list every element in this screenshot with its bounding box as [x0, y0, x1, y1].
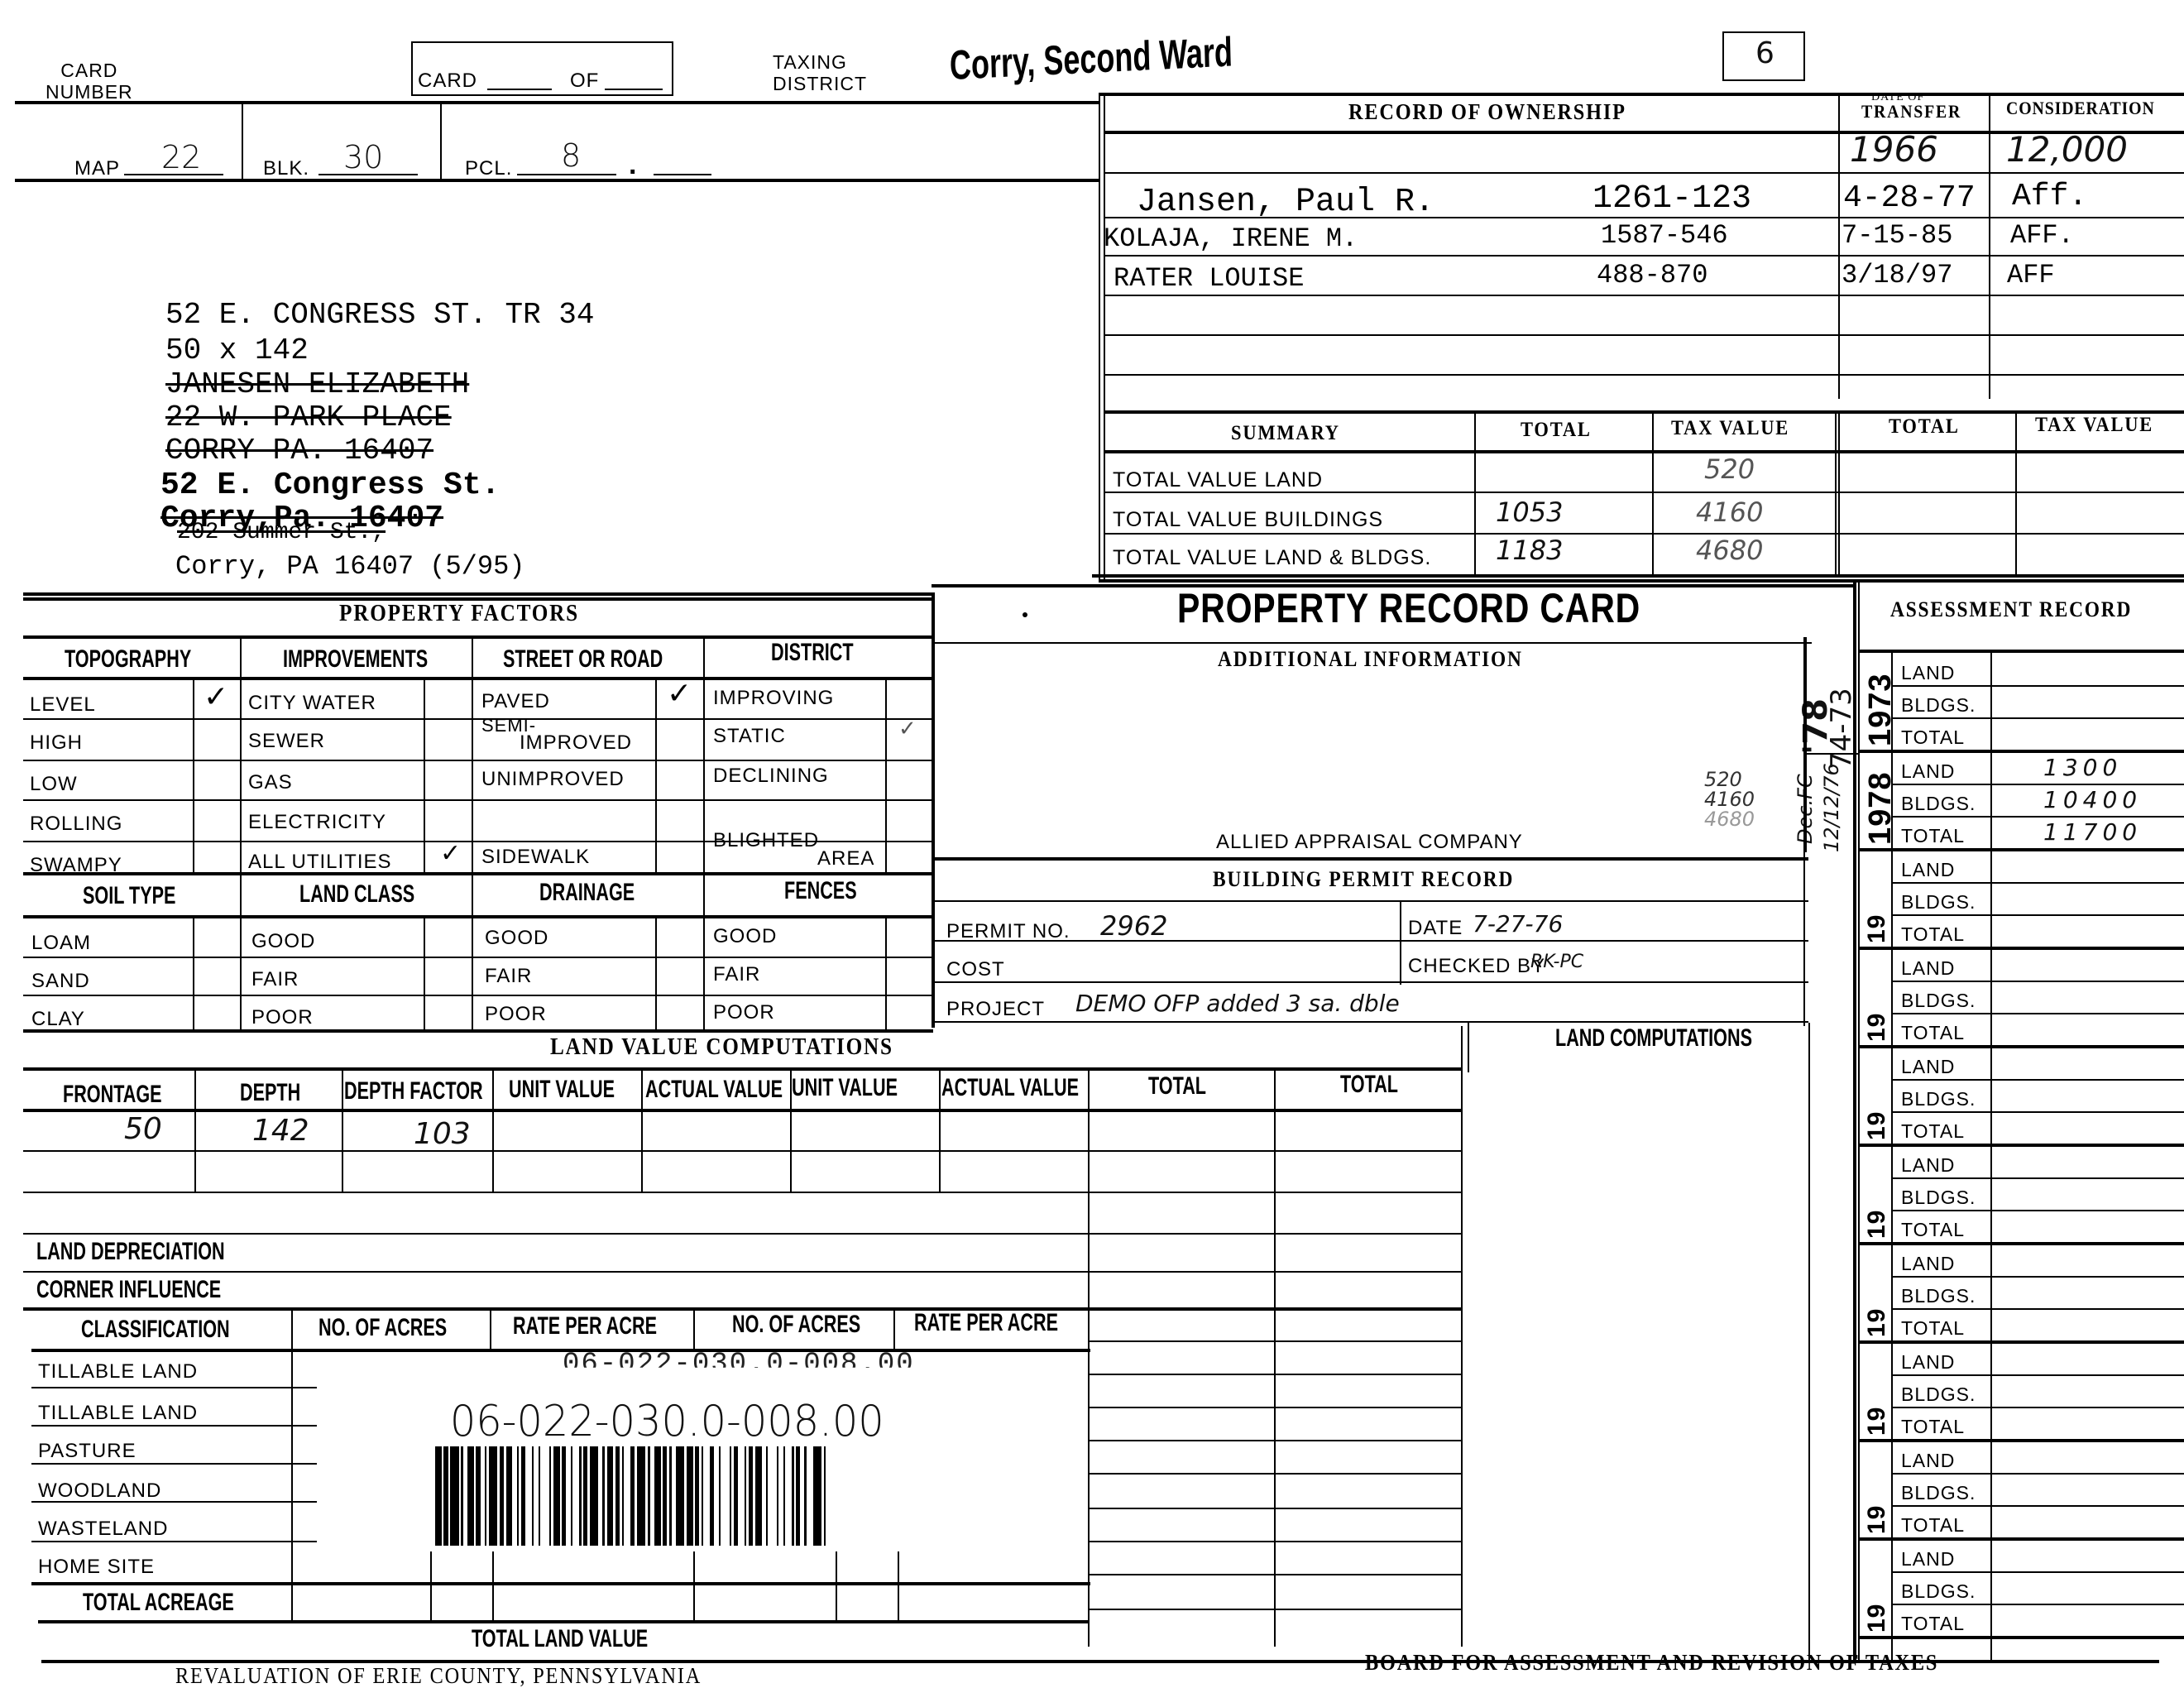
barcode-icon — [435, 1446, 1089, 1546]
permit-no-value[interactable]: 2962 — [1100, 910, 1167, 942]
assessment-land-label: LAND — [1901, 1351, 1955, 1374]
assessment-title: ASSESSMENT RECORD — [1890, 597, 2132, 622]
divider — [31, 1387, 317, 1388]
divider — [1803, 753, 1858, 755]
district-blighted-area: BLIGHTED — [713, 829, 819, 852]
divider — [1088, 1067, 1090, 1647]
barcode-gap — [572, 1446, 579, 1546]
barcode-gap — [738, 1446, 745, 1546]
divider — [939, 1067, 941, 1192]
fences-fair: FAIR — [713, 963, 760, 986]
check-icon[interactable]: ✓ — [898, 717, 917, 741]
improvement-electricity: ELECTRICITY — [248, 811, 386, 834]
transfer-date: 4-28-77 — [1843, 180, 1976, 216]
divider — [492, 1551, 494, 1622]
property-record-card-title: PROPERTY RECORD CARD — [1177, 584, 1640, 632]
rate-per-acre-header: RATE PER ACRE — [513, 1312, 657, 1340]
district-blighted-area-line2: AREA — [817, 847, 874, 870]
divider — [641, 1067, 643, 1192]
divider — [1088, 1440, 1461, 1441]
divider — [1858, 650, 2184, 653]
divider — [15, 101, 1099, 104]
summary-total-header: TOTAL — [1521, 419, 1592, 442]
divider — [1891, 981, 2184, 982]
divider — [1891, 1505, 2184, 1507]
summary-tax-value[interactable]: 4160 — [1696, 496, 1763, 528]
no-of-acres-2-header: NO. OF ACRES — [732, 1311, 860, 1339]
assessment-year: 19 — [1863, 914, 1891, 943]
soil-clay: CLAY — [31, 1008, 85, 1031]
total-2-header: TOTAL — [1340, 1071, 1398, 1099]
divider — [1858, 1045, 2184, 1048]
card-blank[interactable] — [487, 89, 552, 90]
rate-per-acre-2-header: RATE PER ACRE — [914, 1309, 1058, 1337]
divider — [932, 981, 1808, 983]
divider — [31, 1541, 317, 1542]
assessment-total-label: TOTAL — [1901, 923, 1965, 946]
assessment-bldgs-label: BLDGS. — [1901, 1285, 1976, 1307]
street-sidewalk: SIDEWALK — [481, 846, 590, 869]
divider — [440, 103, 442, 179]
margin-note: 520 — [1704, 770, 1755, 789]
barcode-bar — [435, 1446, 442, 1546]
barcode-bar — [687, 1446, 693, 1546]
assessment-year: 19 — [1863, 1111, 1891, 1140]
margin-note: 4160 — [1704, 789, 1755, 809]
divider — [898, 1551, 899, 1622]
barcode-gap — [826, 1446, 830, 1546]
barcode-gap — [785, 1446, 792, 1546]
land-depreciation-label: LAND DEPRECIATION — [36, 1238, 225, 1266]
drainage-header: DRAINAGE — [539, 879, 635, 907]
card-sequence-number: 6 — [1755, 36, 1774, 70]
divider — [31, 1501, 317, 1503]
divider — [23, 677, 933, 680]
acreage-row-woodland: WOODLAND — [38, 1479, 161, 1503]
acreage-row-tillable-2: TILLABLE LAND — [38, 1402, 198, 1425]
taxing-label-line1: TAXING — [773, 51, 867, 73]
frontage-value: 50 — [124, 1112, 162, 1146]
dot — [1023, 612, 1027, 617]
divider — [1858, 579, 1860, 1663]
divider — [1104, 217, 2184, 218]
divider — [1104, 374, 2184, 376]
divider — [655, 915, 657, 1031]
assessment-land-label: LAND — [1901, 662, 1955, 684]
drainage-poor: POOR — [485, 1003, 547, 1026]
divider — [1104, 492, 2184, 493]
assessment-land-value[interactable]: 1300 — [2043, 754, 2122, 781]
divider — [1652, 410, 1654, 576]
divider — [1891, 685, 2184, 687]
depth-factor-value: 103 — [414, 1117, 471, 1151]
divider — [1474, 410, 1476, 576]
fences-poor: POOR — [713, 1001, 775, 1024]
divider — [1891, 1571, 2184, 1573]
divider — [1088, 1574, 1461, 1575]
depth-value: 142 — [252, 1114, 309, 1148]
divider — [1891, 882, 2184, 884]
improvement-sewer: SEWER — [248, 730, 325, 753]
barcode-bar — [654, 1446, 661, 1546]
barcode-gap — [703, 1446, 710, 1546]
assessment-bldgs-label: BLDGS. — [1901, 694, 1976, 717]
divider — [430, 1551, 432, 1622]
divider — [693, 1307, 695, 1349]
footer-board: BOARD FOR ASSESSMENT AND REVISION OF TAX… — [1365, 1650, 1938, 1676]
assessment-total-label: TOTAL — [1901, 727, 1965, 749]
deed-book-page: 1587-546 — [1601, 220, 1728, 251]
divider — [932, 857, 1808, 861]
summary-total-value[interactable]: 1183 — [1496, 535, 1563, 566]
divider — [1088, 1407, 1461, 1408]
assessment-bldgs-label: BLDGS. — [1901, 1580, 1976, 1603]
drainage-fair: FAIR — [485, 965, 532, 988]
cost-label: COST — [946, 958, 1005, 981]
divider — [1891, 784, 2184, 785]
of-label: OF — [570, 70, 599, 93]
divider — [23, 872, 933, 875]
divider — [885, 915, 887, 1031]
divider — [1468, 1023, 1469, 1072]
divider — [1891, 914, 2184, 916]
address-line: 50 x 142 — [165, 333, 309, 367]
assessment-total-label: TOTAL — [1901, 825, 1965, 847]
divider — [23, 957, 933, 958]
district-static: STATIC — [713, 725, 786, 748]
land-value-title: LAND VALUE COMPUTATIONS — [550, 1034, 893, 1061]
soil-loam: LOAM — [31, 932, 91, 955]
district-header: DISTRICT — [771, 639, 854, 667]
building-permit-title: BUILDING PERMIT RECORD — [1213, 867, 1514, 892]
divider — [1104, 450, 2184, 453]
card-label: CARD — [418, 70, 477, 93]
barcode-bar — [450, 1446, 458, 1546]
footer-revaluation: REVALUATION OF ERIE COUNTY, PENNSYLVANIA — [175, 1663, 702, 1688]
assessment-land-label: LAND — [1901, 1056, 1955, 1078]
check-icon[interactable]: ✓ — [667, 677, 692, 711]
divider — [1461, 1026, 1463, 1647]
district-improving: IMPROVING — [713, 687, 834, 710]
divider — [472, 635, 473, 1033]
actual-value-header: ACTUAL VALUE — [645, 1076, 783, 1104]
assessment-bldgs-label: BLDGS. — [1901, 793, 1976, 815]
address-line: 52 E. Congress St. — [160, 468, 500, 503]
fences-header: FENCES — [784, 877, 857, 905]
barcode-bar — [676, 1446, 684, 1546]
divider — [1891, 1308, 2184, 1310]
topography-level: LEVEL — [30, 693, 96, 717]
divider — [23, 915, 933, 918]
divider — [1838, 93, 1840, 399]
total-land-value-label: TOTAL LAND VALUE — [472, 1625, 648, 1653]
summary-row-label: TOTAL VALUE LAND & BLDGS. — [1113, 546, 1431, 570]
barcode-bar — [607, 1446, 614, 1546]
assessment-land-label: LAND — [1901, 957, 1955, 980]
divider — [1088, 1508, 1461, 1509]
divider — [1803, 637, 1807, 852]
divider — [703, 635, 705, 1033]
improvement-gas: GAS — [248, 771, 293, 794]
divider — [193, 915, 194, 1031]
topography-rolling: ROLLING — [30, 813, 122, 836]
street-road-header: STREET OR ROAD — [503, 645, 663, 674]
barcode-printed-id: 06-022-030.0-008.00 — [563, 1349, 915, 1380]
divider — [424, 915, 425, 1031]
divider — [31, 1463, 317, 1465]
divider — [932, 900, 1808, 902]
card-sequence-box: 6 — [1722, 31, 1805, 81]
divider — [1990, 650, 1992, 1663]
divider — [1891, 1177, 2184, 1179]
address-line-struck: JANESEN ELIZABETH — [165, 367, 469, 401]
frontage-header: FRONTAGE — [63, 1081, 162, 1109]
address-line-struck: CORRY PA. 16407 — [165, 434, 433, 468]
assessment-land-label: LAND — [1901, 1548, 1955, 1571]
assessment-total-label: TOTAL — [1901, 1317, 1965, 1340]
divider — [1274, 1067, 1276, 1647]
address-line-struck: 202 Summer St., — [177, 520, 386, 545]
consideration-value: AFF — [2007, 260, 2055, 290]
assessment-total-value[interactable]: 11700 — [2043, 818, 2142, 846]
assessment-land-label: LAND — [1901, 1450, 1955, 1472]
divider — [1858, 1636, 2184, 1639]
assessment-year: 19 — [1863, 1013, 1891, 1042]
divider — [1891, 1079, 2184, 1081]
soil-sand: SAND — [31, 970, 90, 993]
divider — [1400, 902, 1401, 985]
summary-total-value[interactable]: 1053 — [1496, 496, 1563, 528]
acreage-row-home-site: HOME SITE — [38, 1556, 155, 1579]
divider — [790, 1067, 792, 1192]
assessment-year: 19 — [1863, 1407, 1891, 1436]
divider — [31, 1582, 1090, 1585]
divider — [1858, 750, 2184, 753]
divider — [1989, 93, 1990, 399]
project-value[interactable]: DEMO OFP added 3 sa. dble — [1075, 990, 1400, 1017]
soil-type-header: SOIL TYPE — [83, 882, 175, 910]
barcode-gap — [624, 1446, 630, 1546]
topography-header: TOPOGRAPHY — [65, 645, 191, 674]
divider — [240, 635, 242, 1033]
summary-tax-value2-header: TAX VALUE — [2035, 414, 2153, 437]
assessment-land-label: LAND — [1901, 1154, 1955, 1177]
pcl-label: PCL. — [465, 157, 512, 180]
total-acreage-label: TOTAL ACREAGE — [83, 1589, 234, 1617]
barcode-bar — [467, 1446, 474, 1546]
consideration-value: Aff. — [2012, 179, 2087, 214]
street-paved: PAVED — [481, 690, 550, 713]
divider — [1104, 172, 2184, 174]
date-transfer-header: TRANSFER — [1861, 101, 1961, 122]
divider — [1088, 1473, 1461, 1475]
divider — [1891, 816, 2184, 818]
unit-value-header: UNIT VALUE — [509, 1076, 615, 1104]
summary-tax-value[interactable]: 520 — [1704, 453, 1755, 485]
total-header: TOTAL — [1148, 1072, 1206, 1101]
divider — [1858, 848, 2184, 851]
barcode-gap — [768, 1446, 776, 1546]
district-declining: DECLINING — [713, 765, 829, 788]
card-number-label: CARD NUMBER — [45, 60, 133, 103]
divider — [1891, 1473, 2184, 1475]
additional-information-label: ADDITIONAL INFORMATION — [1218, 647, 1523, 672]
summary-total2-header: TOTAL — [1889, 415, 1960, 439]
divider — [1838, 410, 1840, 576]
barcode-bar — [553, 1446, 560, 1546]
assessment-bldgs-label: BLDGS. — [1901, 1088, 1976, 1110]
divider — [1092, 574, 2184, 578]
assessment-total-label: TOTAL — [1901, 1514, 1965, 1537]
assessment-total-label: TOTAL — [1901, 1416, 1965, 1438]
assessment-total-label: TOTAL — [1901, 1120, 1965, 1143]
improvement-city-water: CITY WATER — [248, 692, 376, 715]
divider — [38, 1620, 1089, 1623]
divider — [23, 799, 933, 801]
checked-by-label: CHECKED BY — [1408, 955, 1545, 978]
divider — [23, 995, 933, 996]
pcl-dot: . — [629, 149, 637, 181]
check-icon[interactable]: ✓ — [440, 839, 461, 868]
divider — [1099, 93, 1100, 579]
assessment-year: 19 — [1863, 1505, 1891, 1534]
assessment-land-label: LAND — [1901, 859, 1955, 881]
divider — [2015, 410, 2017, 576]
divider — [893, 1307, 895, 1349]
divider — [23, 592, 933, 596]
divider — [490, 1307, 491, 1349]
divider — [1104, 533, 2184, 535]
depth-factor-header: DEPTH FACTOR — [344, 1077, 483, 1105]
acreage-row-wasteland: WASTELAND — [38, 1518, 168, 1541]
permit-date-value[interactable]: 7-27-76 — [1473, 910, 1563, 938]
map-value[interactable]: 22 — [161, 139, 201, 175]
assessment-total-label: TOTAL — [1901, 1613, 1965, 1635]
card-number-label-line1: CARD — [45, 60, 133, 81]
assessment-year: 1978 — [1863, 771, 1899, 845]
deed-book-page: 488-870 — [1597, 260, 1707, 290]
barcode-bar — [637, 1446, 645, 1546]
divider — [1104, 255, 2184, 257]
divider — [23, 1067, 1463, 1071]
divider — [242, 103, 243, 179]
improvement-all-utilities: ALL UTILITIES — [248, 851, 392, 874]
assessment-bldgs-label: BLDGS. — [1901, 1187, 1976, 1209]
side-note: 12/12/76 — [1820, 763, 1843, 852]
pcl-value[interactable]: 8 — [561, 137, 581, 174]
land-class-header: LAND CLASS — [299, 880, 414, 909]
divider — [1891, 1013, 2184, 1014]
topography-low: LOW — [30, 773, 78, 796]
consideration-value: 12,000 — [2006, 129, 2128, 170]
checked-by-value[interactable]: RK-PC — [1530, 952, 1583, 972]
drainage-good: GOOD — [485, 927, 548, 950]
appraiser-name: ALLIED APPRAISAL COMPANY — [1216, 831, 1523, 854]
assessment-year: 19 — [1863, 1308, 1891, 1337]
land-computations-title: LAND COMPUTATIONS — [1555, 1024, 1752, 1053]
side-note: 74-73 — [1825, 688, 1858, 770]
taxing-district-value: Corry, Second Ward — [949, 27, 1233, 89]
barcode-gap — [540, 1446, 548, 1546]
summary-title: SUMMARY — [1231, 422, 1340, 445]
taxing-district-label: TAXING DISTRICT — [773, 51, 867, 94]
pcl-suffix-underline — [654, 174, 711, 175]
assessment-bldgs-label: BLDGS. — [1901, 990, 1976, 1012]
pcl-underline — [517, 174, 616, 175]
assessment-year: 19 — [1863, 1604, 1891, 1633]
divider — [1088, 1609, 1461, 1610]
divider — [194, 1067, 196, 1192]
divider — [655, 677, 657, 875]
divider — [1891, 717, 2184, 719]
divider — [1808, 1023, 1810, 1660]
divider — [424, 677, 425, 875]
divider — [932, 642, 1812, 644]
divider — [193, 677, 194, 875]
owner-name: RATER LOUISE — [1114, 263, 1304, 294]
margin-note: 4680 — [1704, 809, 1755, 829]
assessment-land-label: LAND — [1901, 760, 1955, 783]
assessment-total-label: TOTAL — [1901, 1022, 1965, 1044]
of-blank[interactable] — [605, 89, 663, 90]
divider — [15, 179, 1099, 182]
acreage-row-pasture: PASTURE — [38, 1440, 136, 1463]
margin-notes: 520 4160 4680 — [1704, 770, 1755, 829]
address-line-struck: 22 W. PARK PLACE — [165, 400, 452, 434]
land-class-fair: FAIR — [251, 968, 299, 991]
divider — [1858, 1144, 2184, 1147]
divider — [23, 1109, 1463, 1112]
divider — [1891, 1210, 2184, 1211]
street-unimproved: UNIMPROVED — [481, 768, 625, 791]
card-of-box[interactable]: CARD OF — [411, 41, 673, 96]
barcode-bar — [755, 1446, 762, 1546]
assessment-bldgs-value[interactable]: 10400 — [2043, 786, 2142, 813]
transfer-date: 1966 — [1850, 129, 1938, 170]
address-line: Corry, PA 16407 (5/95) — [175, 551, 524, 582]
blk-value[interactable]: 30 — [343, 139, 383, 175]
summary-tax-value[interactable]: 4680 — [1696, 535, 1763, 566]
barcode-bar — [813, 1446, 821, 1546]
actual-value-2-header: ACTUAL VALUE — [941, 1074, 1079, 1102]
divider — [885, 677, 887, 875]
no-of-acres-header: NO. OF ACRES — [318, 1314, 447, 1342]
divider — [1891, 1276, 2184, 1278]
divider — [23, 1271, 1463, 1273]
classification-header: CLASSIFICATION — [81, 1316, 230, 1344]
divider — [1858, 1340, 2184, 1344]
barcode-bar — [506, 1446, 513, 1546]
divider — [1088, 1340, 1461, 1342]
card-number-label-line2: NUMBER — [45, 81, 133, 103]
land-class-good: GOOD — [251, 930, 315, 953]
check-icon[interactable]: ✓ — [204, 680, 228, 714]
consideration-header: CONSIDERATION — [2006, 98, 2155, 119]
divider — [932, 592, 935, 1028]
divider — [23, 718, 933, 720]
assessment-total-label: TOTAL — [1901, 1219, 1965, 1241]
barcode-bar — [489, 1446, 497, 1546]
consideration-value: AFF. — [2010, 220, 2074, 251]
street-semi-improved-line2: IMPROVED — [520, 731, 632, 755]
divider — [1104, 295, 2184, 296]
project-label: PROJECT — [946, 998, 1045, 1021]
assessment-bldgs-label: BLDGS. — [1901, 1383, 1976, 1406]
assessment-year: 1973 — [1863, 673, 1899, 746]
unit-value-2-header: UNIT VALUE — [792, 1074, 898, 1102]
divider — [23, 1192, 1463, 1193]
owner-name: KOLAJA, IRENE M. — [1104, 223, 1358, 254]
